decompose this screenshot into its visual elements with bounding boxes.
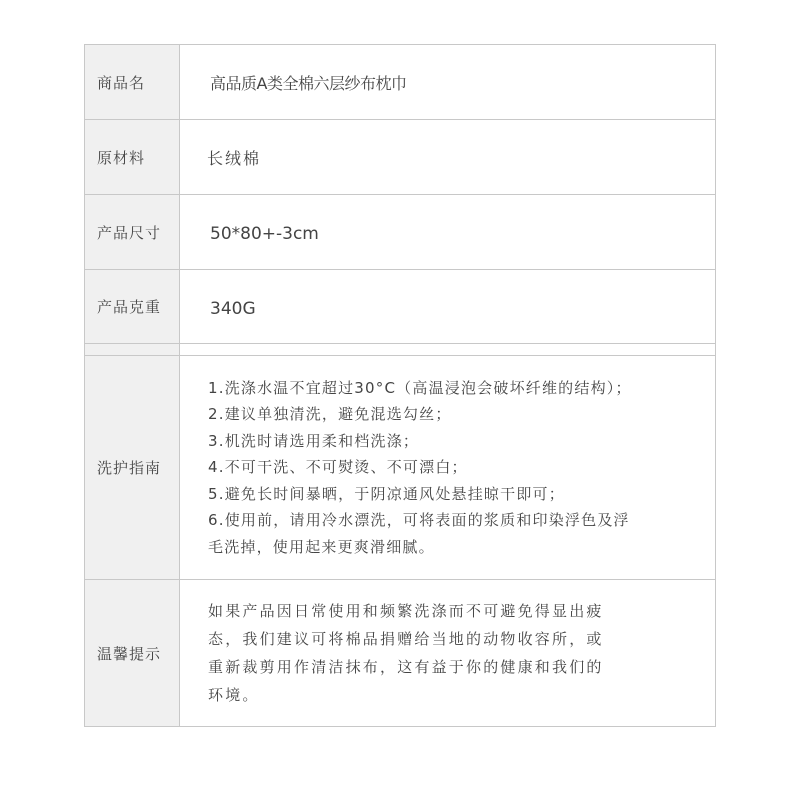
row-material: 原材料 长绒棉: [85, 119, 715, 194]
tip-line: 重新裁剪用作清洁抹布，这有益于你的健康和我们的: [208, 653, 604, 681]
row-spacer: [85, 343, 715, 355]
label-spacer: [85, 344, 180, 355]
value-material: 长绒棉: [180, 120, 715, 194]
care-line: 3.机洗时请选用柔和档洗涤；: [208, 428, 419, 454]
tip-line: 态，我们建议可将棉品捐赠给当地的动物收容所，或: [208, 625, 604, 653]
care-line: 4.不可干洗、不可熨烫、不可漂白；: [208, 454, 468, 480]
care-line: 6.使用前，请用冷水漂洗，可将表面的浆质和印染浮色及浮: [208, 507, 630, 533]
label-warm-tips: 温馨提示: [85, 580, 180, 726]
tip-line: 环境。: [208, 681, 260, 709]
value-warm-tips: 如果产品因日常使用和频繁洗涤而不可避免得显出疲 态，我们建议可将棉品捐赠给当地的…: [180, 580, 715, 726]
row-product-name: 商品名 高品质A类全棉六层纱布枕巾: [85, 45, 715, 119]
row-weight: 产品克重 340G: [85, 269, 715, 343]
value-spacer: [180, 344, 715, 355]
label-material: 原材料: [85, 120, 180, 194]
label-product-name: 商品名: [85, 45, 180, 119]
label-size: 产品尺寸: [85, 195, 180, 269]
label-care-guide: 洗护指南: [85, 356, 180, 579]
product-spec-table: 商品名 高品质A类全棉六层纱布枕巾 原材料 长绒棉 产品尺寸 50*80+-3c…: [84, 44, 716, 727]
value-product-name: 高品质A类全棉六层纱布枕巾: [180, 45, 715, 119]
care-line: 毛洗掉，使用起来更爽滑细腻。: [208, 534, 435, 560]
label-weight: 产品克重: [85, 270, 180, 343]
row-care-guide: 洗护指南 1.洗涤水温不宜超过30°C（高温浸泡会破坏纤维的结构）； 2.建议单…: [85, 355, 715, 579]
row-size: 产品尺寸 50*80+-3cm: [85, 194, 715, 269]
care-line: 2.建议单独清洗，避免混选勾丝；: [208, 401, 452, 427]
tip-line: 如果产品因日常使用和频繁洗涤而不可避免得显出疲: [208, 597, 604, 625]
row-warm-tips: 温馨提示 如果产品因日常使用和频繁洗涤而不可避免得显出疲 态，我们建议可将棉品捐…: [85, 579, 715, 726]
care-line: 5.避免长时间暴晒，于阴凉通风处悬挂晾干即可；: [208, 481, 565, 507]
value-weight: 340G: [180, 270, 715, 343]
care-line: 1.洗涤水温不宜超过30°C（高温浸泡会破坏纤维的结构）；: [208, 375, 632, 401]
value-size: 50*80+-3cm: [180, 195, 715, 269]
value-care-guide: 1.洗涤水温不宜超过30°C（高温浸泡会破坏纤维的结构）； 2.建议单独清洗，避…: [180, 356, 715, 579]
